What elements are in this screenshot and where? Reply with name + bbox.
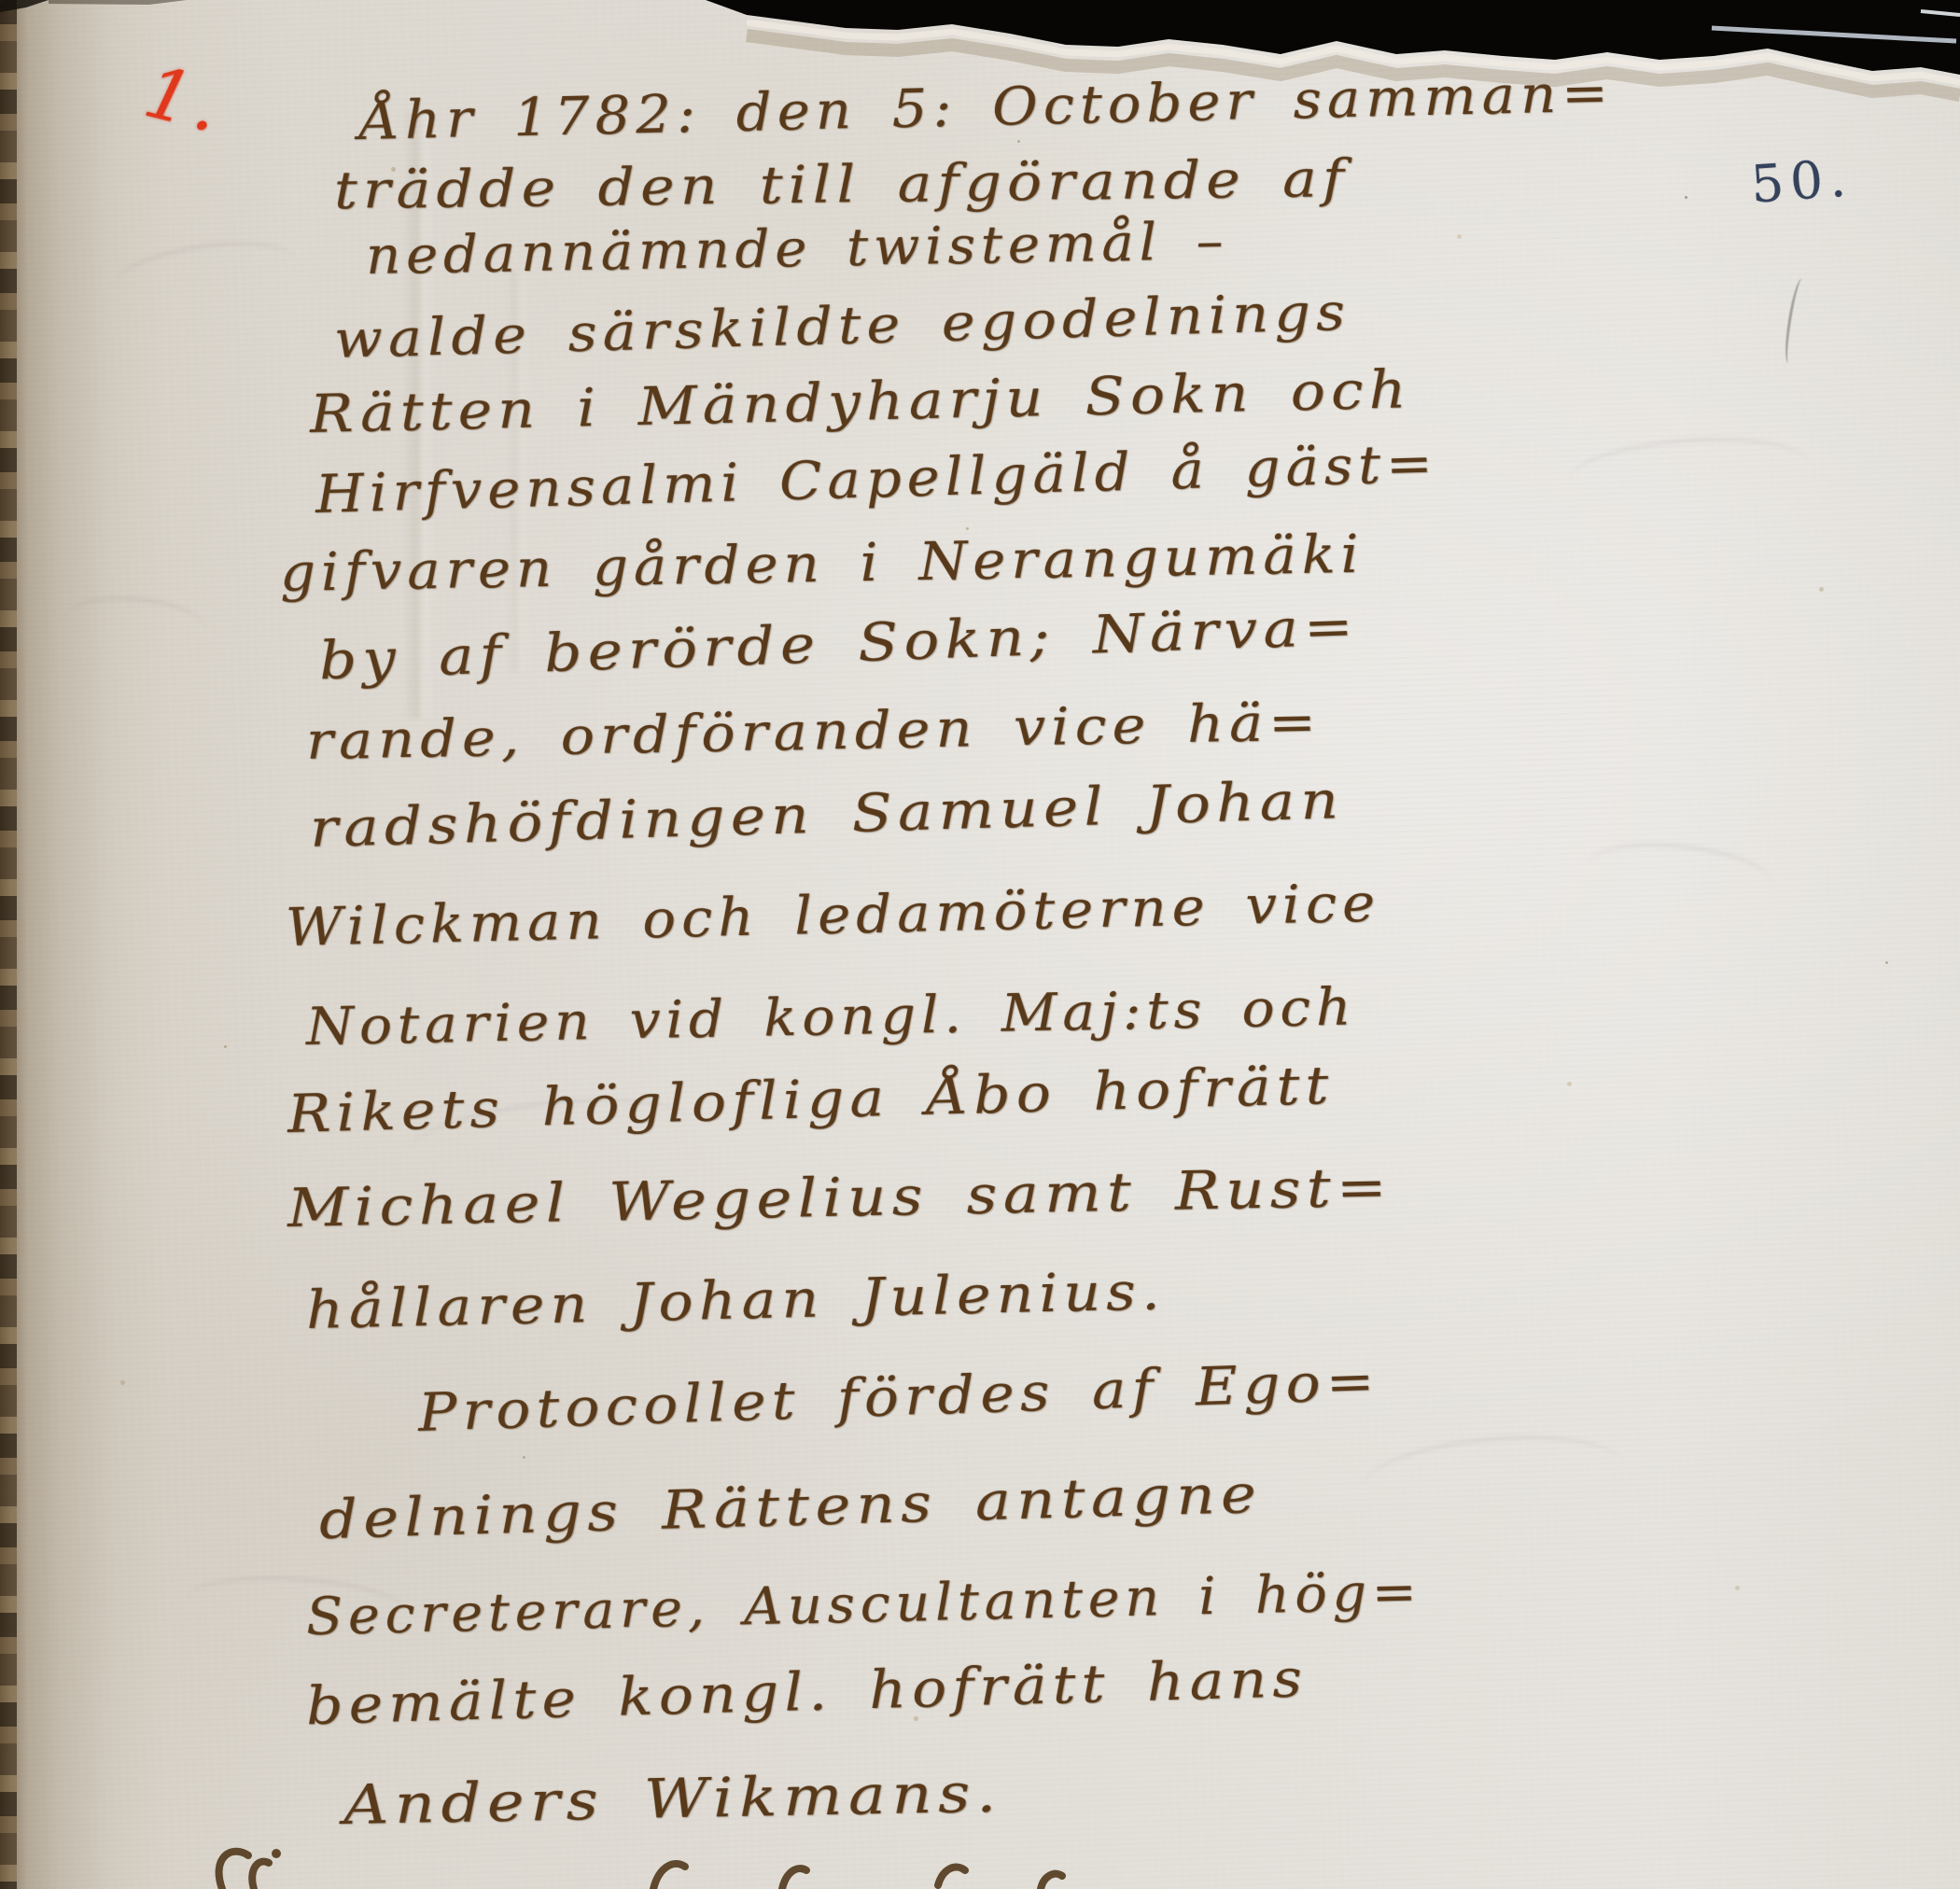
cutoff-stroke <box>1041 1874 1062 1889</box>
manuscript-line: trädde den till afgörande af <box>334 148 1351 220</box>
cutoff-stroke <box>782 1868 806 1889</box>
book-gutter-shadow <box>0 0 168 1889</box>
pen-stroke-mark <box>1782 277 1809 364</box>
cutoff-stroke <box>653 1864 685 1889</box>
manuscript-line: Michael Wegelius samt Rust= <box>287 1156 1393 1239</box>
cutoff-bottom-line-strokes <box>0 1833 1960 1889</box>
binding-edge <box>0 0 17 1889</box>
manuscript-line: Notarien vid kongl. Maj:ts och <box>305 976 1356 1056</box>
manuscript-line: radshöfdingen Samuel Johan <box>309 770 1345 860</box>
manuscript-line: Secreterare, Auscultanten i hög= <box>305 1561 1422 1646</box>
manuscript-line: rande, ordföranden vice hä= <box>305 692 1322 771</box>
manuscript-line: gifvaren gården i Nerangumäki <box>279 525 1365 604</box>
top-left-edge-dark-strip <box>49 0 187 5</box>
ink-bleed-mark <box>109 231 302 316</box>
manuscript-line: Wilckman och ledamöterne vice <box>285 873 1381 958</box>
cutoff-ink-dot <box>272 1849 281 1858</box>
page-number: 50. <box>1749 147 1855 214</box>
manuscript-line: walde särskildte egodelnings <box>333 282 1351 370</box>
cutoff-stroke <box>252 1862 269 1889</box>
manuscript-page: 1. 50. Åhr 1782: den 5: October samman= … <box>0 0 1960 1889</box>
cutoff-stroke <box>938 1868 965 1885</box>
manuscript-line: Hirfvensalmi Capellgäld å gäst= <box>315 433 1438 525</box>
manuscript-line: Protocollet fördes af Ego= <box>417 1351 1381 1444</box>
manuscript-line: Rikets höglofliga Åbo hofrätt <box>287 1056 1335 1145</box>
ink-bleed-mark <box>1566 430 1813 516</box>
ink-bleed-mark <box>1584 835 1776 915</box>
cutoff-stroke <box>219 1852 248 1889</box>
ink-bleed-mark <box>1360 1426 1627 1527</box>
top-left-corner-tear <box>0 0 49 12</box>
ink-bleed-mark <box>63 592 207 654</box>
manuscript-line: Rätten i Mändyharju Sokn och <box>309 359 1412 445</box>
manuscript-line: bemälte kongl. hofrätt hans <box>305 1648 1309 1737</box>
manuscript-line: nedannämnde twistemål – <box>365 211 1228 286</box>
manuscript-line: hållaren Johan Julenius. <box>305 1261 1166 1341</box>
manuscript-line: Anders Wikmans. <box>343 1760 1002 1837</box>
manuscript-line: delnings Rättens antagne <box>318 1463 1263 1551</box>
manuscript-line: by af berörde Sokn; Närva= <box>318 596 1360 692</box>
